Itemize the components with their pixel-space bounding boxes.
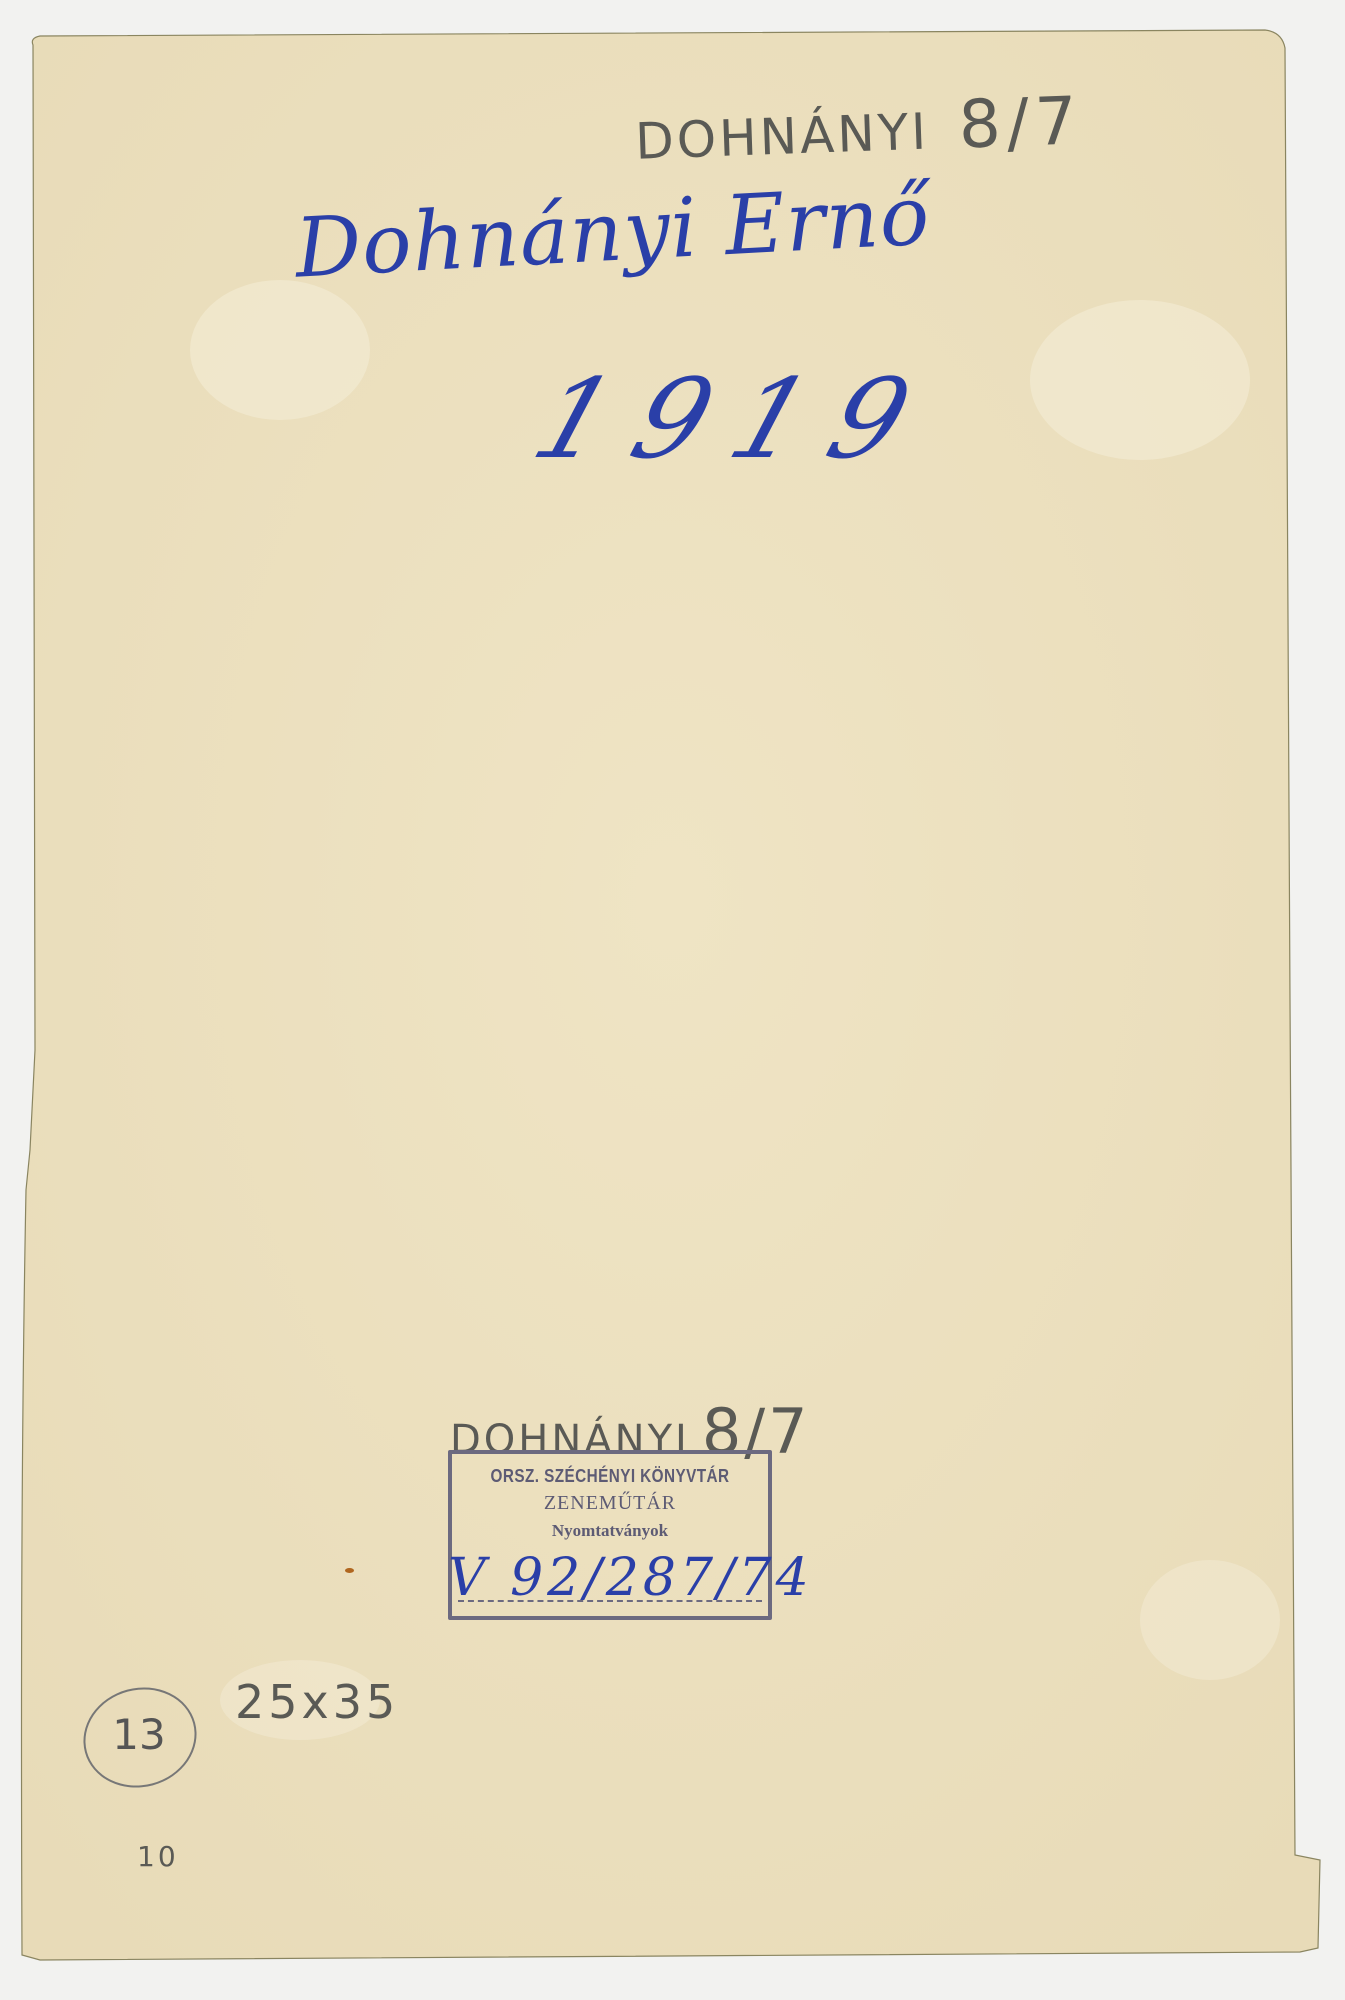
size-note: 25x35 [235, 1675, 399, 1729]
stamp-handwritten-number: V 92/287/74 [448, 1548, 813, 1608]
year: 1919 [519, 355, 953, 483]
top-label-name: DOHNÁNYI [634, 103, 930, 171]
top-label-number: 8/7 [957, 82, 1084, 163]
stain-spot [345, 1568, 354, 1573]
small-note: 10 [137, 1840, 179, 1873]
paper-sheet [0, 0, 1345, 2000]
stamp-line-collection: Nyomtatványok [452, 1521, 768, 1541]
stamp-line-library: ORSZ. SZÉCHÉNYI KÖNYVTÁR [476, 1466, 745, 1487]
circled-number-text: 13 [112, 1710, 165, 1759]
top-archive-label: DOHNÁNYI8/7 [634, 82, 1084, 175]
stamp-line-department: ZENEMŰTÁR [452, 1492, 768, 1515]
